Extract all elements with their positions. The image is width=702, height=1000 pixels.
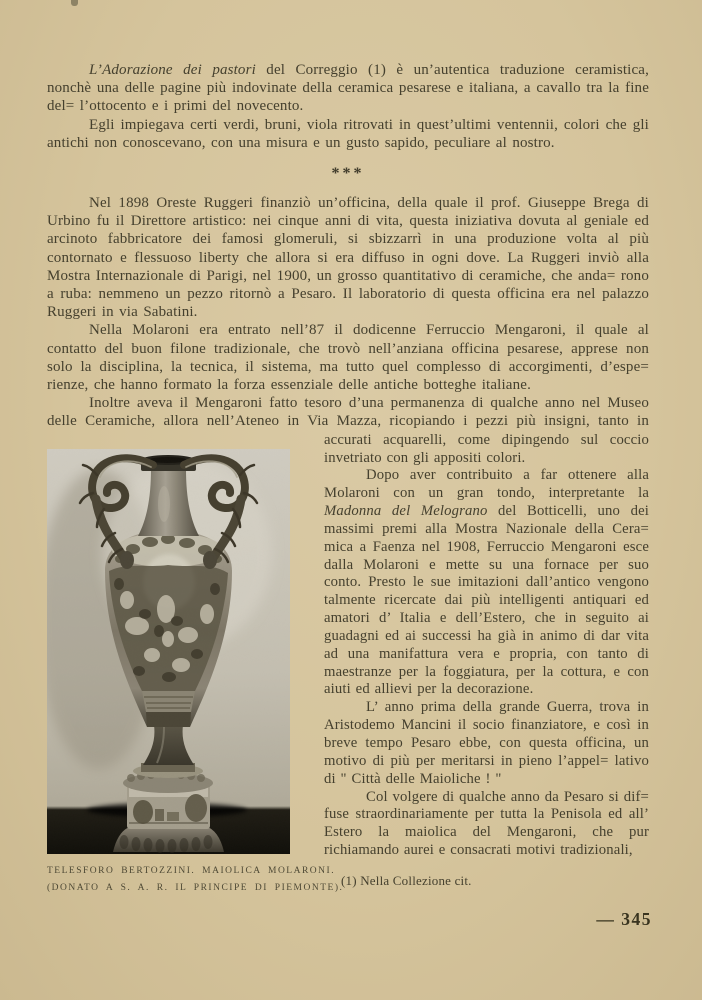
- paragraph-ruggeri: Nel 1898 Oreste Ruggeri finanziò un’offi…: [47, 194, 649, 321]
- asterisk-separator: ***: [47, 165, 649, 183]
- photo-caption: TELESFORO BERTOZZINI. MAIOLICA MOLARONI.…: [47, 863, 290, 897]
- paragraph-col-volgere: Col volgere di qualche anno da Pesaro si…: [324, 789, 649, 860]
- italic-madonna: Madonna del Melograno: [324, 503, 487, 519]
- paragraph-molaroni: Nella Molaroni era entrato nell’87 il do…: [47, 321, 649, 394]
- page-number: — 345: [596, 909, 652, 930]
- scan-artifact: [71, 0, 78, 6]
- footnote: (1) Nella Collezione cit.: [341, 873, 649, 889]
- italic-title: L’Adorazione dei pastori: [89, 62, 256, 78]
- paragraph-guerra: L’ anno prima della grande Guerra, trova…: [324, 699, 649, 788]
- paragraph-museo-continuation: accurati acquarelli, come dipingendo sul…: [324, 432, 649, 468]
- photo-column: TELESFORO BERTOZZINI. MAIOLICA MOLARONI.…: [47, 432, 290, 897]
- paragraph-adorazione: L’Adorazione dei pastori del Correggio (…: [47, 61, 649, 116]
- photo-and-column-row: TELESFORO BERTOZZINI. MAIOLICA MOLARONI.…: [47, 432, 649, 897]
- book-page: L’Adorazione dei pastori del Correggio (…: [0, 0, 702, 1000]
- caption-line-2: (DONATO A S. A. R. IL PRINCIPE DI PIEMON…: [47, 880, 290, 897]
- paragraph-madonna: Dopo aver contribuito a far ottenere all…: [324, 467, 649, 699]
- paragraph-colori: Egli impiegava certi verdi, bruni, viola…: [47, 116, 649, 152]
- paragraph-museo-fullwidth: Inoltre aveva il Mengaroni fatto tesoro …: [47, 394, 649, 430]
- vase-illustration: [47, 449, 290, 854]
- vase-photo: [47, 449, 290, 854]
- page-content: L’Adorazione dei pastori del Correggio (…: [47, 61, 649, 897]
- caption-line-1: TELESFORO BERTOZZINI. MAIOLICA MOLARONI.: [47, 863, 290, 880]
- text-column: accurati acquarelli, come dipingendo sul…: [324, 432, 649, 897]
